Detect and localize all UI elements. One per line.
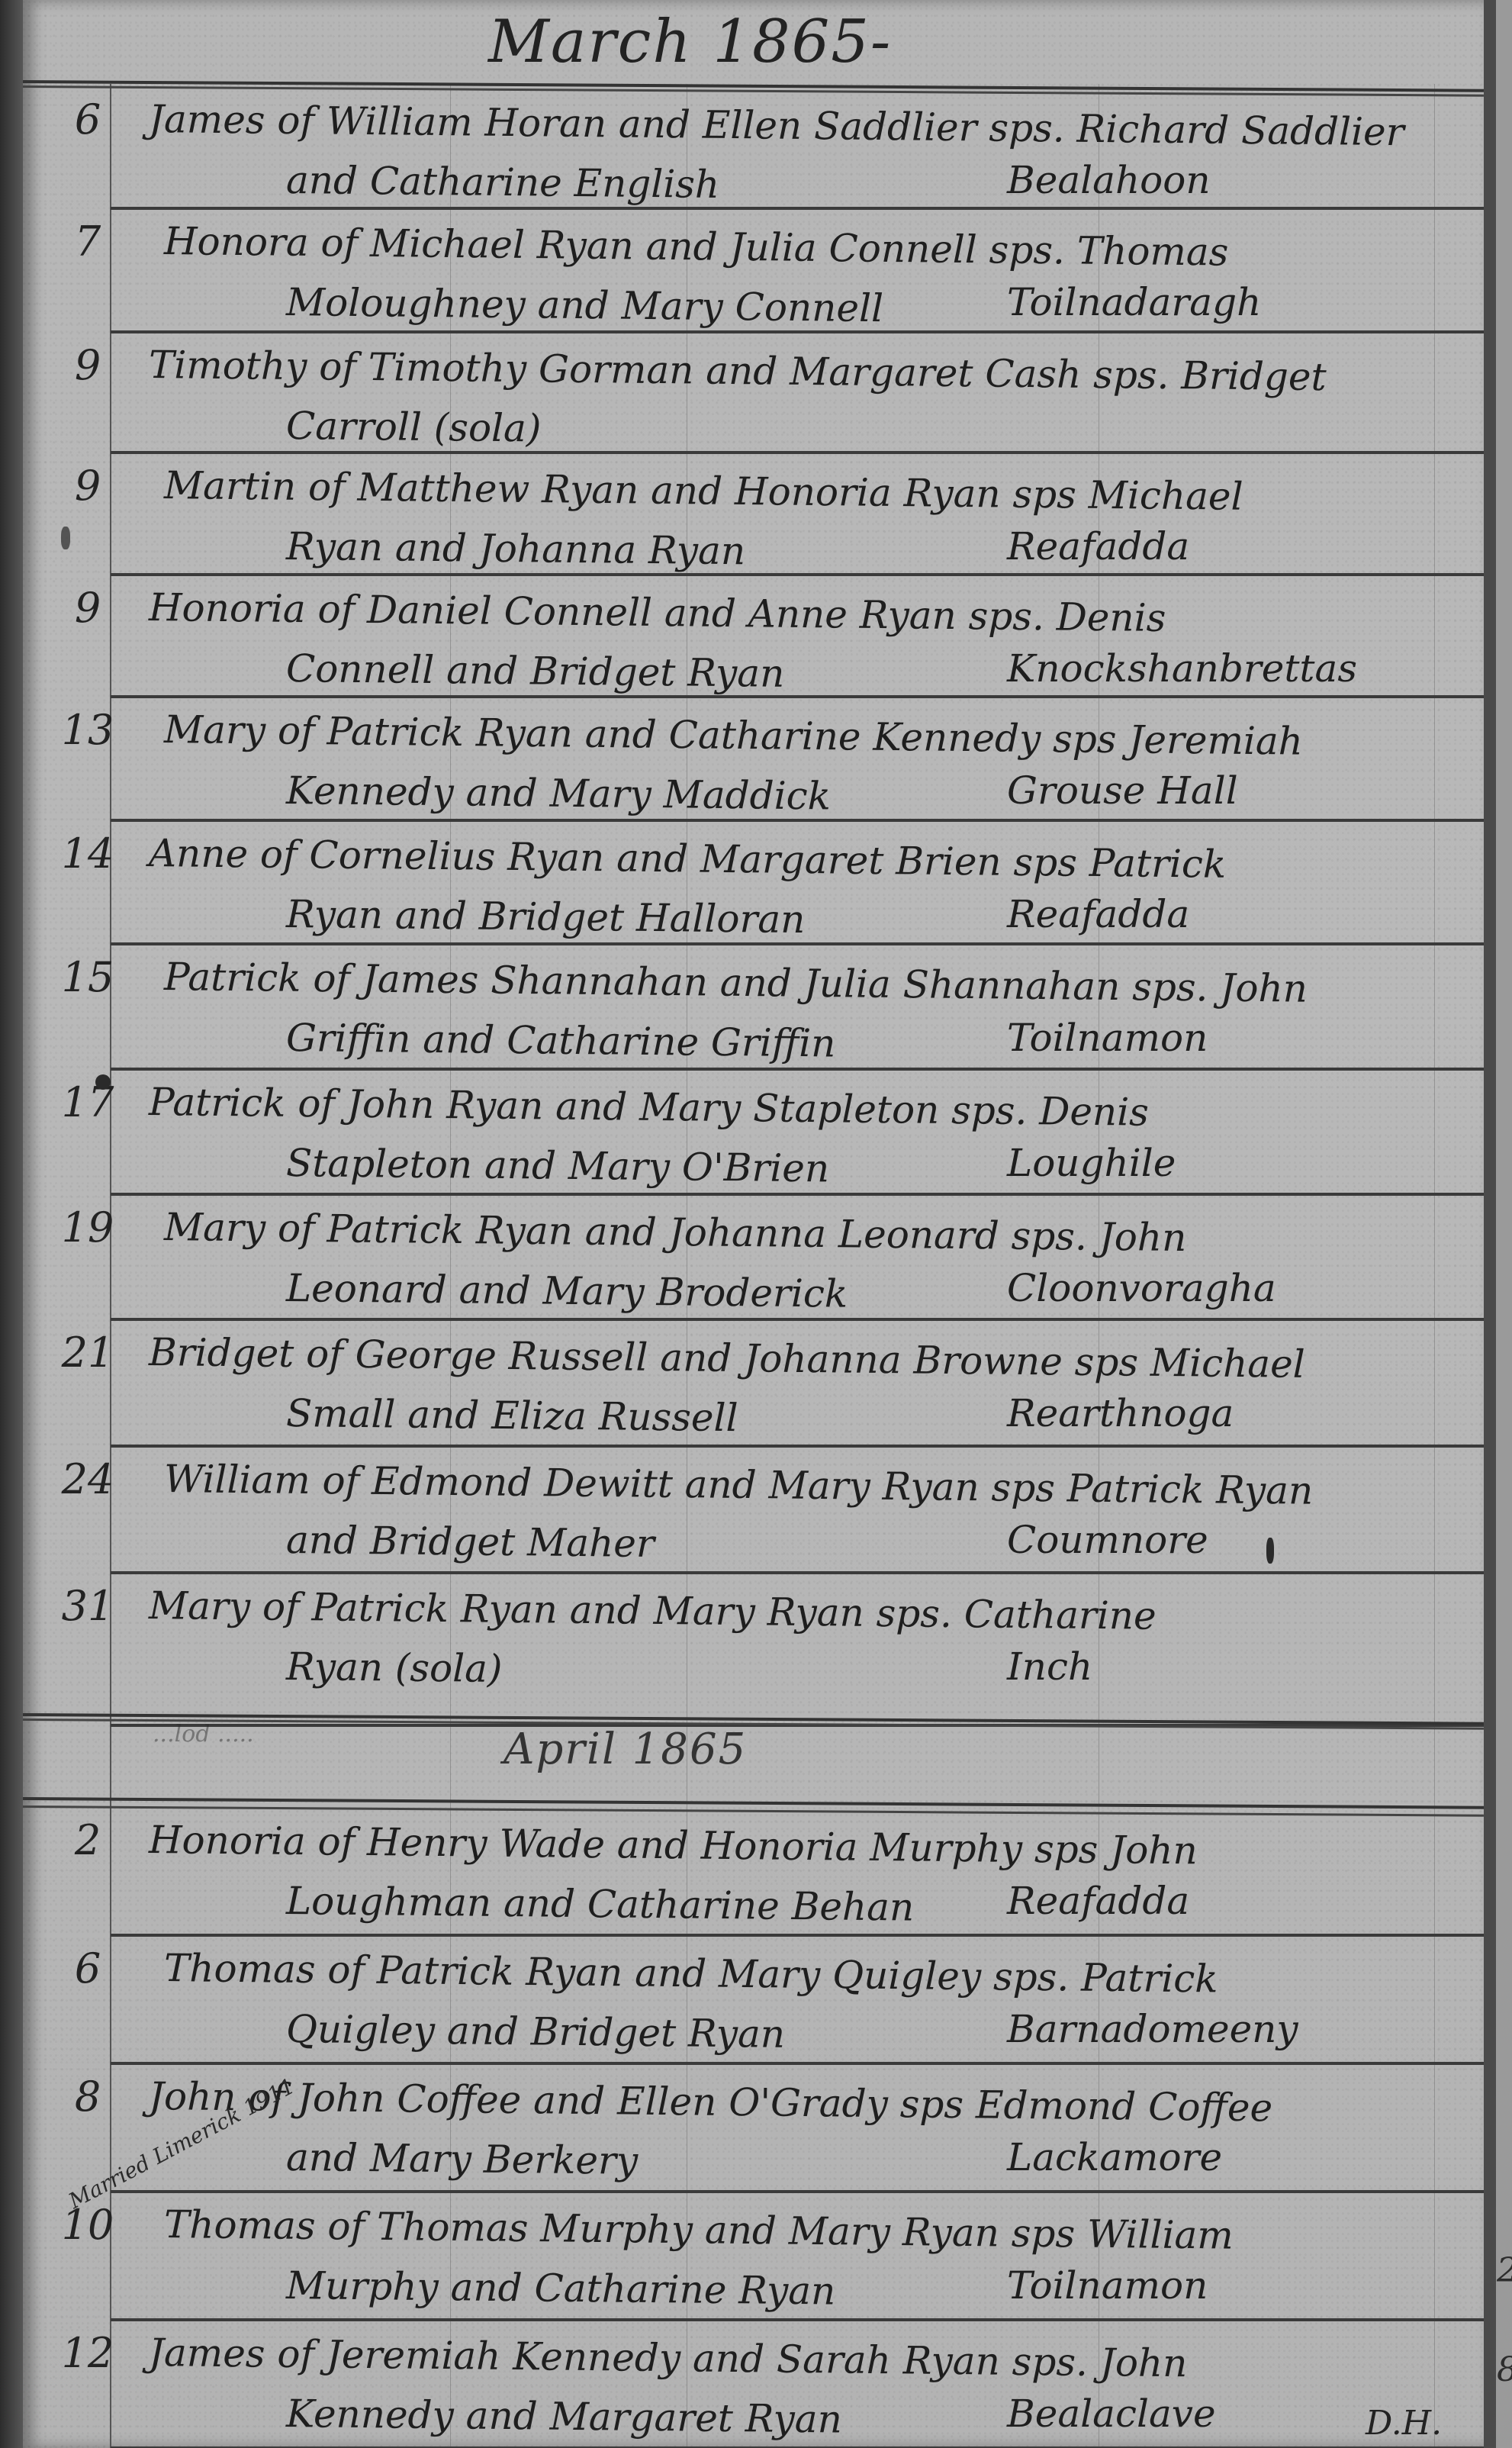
- entry-sponsors-continued: Murphy and Catharine Ryan: [286, 2263, 836, 2314]
- entry-residence: Knockshanbrettas: [1007, 646, 1357, 691]
- clerk-initials: D.H.: [1366, 2404, 1442, 2443]
- entry-child-parents-sponsors: Thomas of Thomas Murphy and Mary Ryan sp…: [164, 2202, 1234, 2258]
- entry-child-parents-sponsors: Patrick of John Ryan and Mary Stapleton …: [149, 1080, 1149, 1135]
- entry-child-parents-sponsors: Mary of Patrick Ryan and Mary Ryan sps. …: [149, 1583, 1157, 1638]
- entry-child-parents-sponsors: Honora of Michael Ryan and Julia Connell…: [164, 219, 1229, 275]
- register-entry: 7Honora of Michael Ryan and Julia Connel…: [23, 210, 1484, 333]
- register-entry: 9Martin of Matthew Ryan and Honoria Ryan…: [23, 454, 1484, 576]
- entry-child-parents-sponsors: John of John Coffee and Ellen O'Grady sp…: [149, 2074, 1273, 2130]
- entry-child-parents-sponsors: Mary of Patrick Ryan and Catharine Kenne…: [164, 707, 1304, 764]
- entry-child-parents-sponsors: Honoria of Daniel Connell and Anne Ryan …: [149, 585, 1166, 640]
- entry-sponsors-continued: Connell and Bridget Ryan: [286, 646, 785, 696]
- entry-sponsors-continued: and Bridget Maher: [286, 1518, 655, 1566]
- entry-child-parents-sponsors: Mary of Patrick Ryan and Johanna Leonard…: [164, 1205, 1187, 1260]
- entry-day: 19: [61, 1203, 114, 1251]
- entry-day: 12: [61, 2329, 114, 2377]
- register-entry: 13Mary of Patrick Ryan and Catharine Ken…: [23, 698, 1484, 822]
- entry-sponsors-continued: Kennedy and Mary Maddick: [286, 768, 832, 818]
- book-binding-right: [1484, 0, 1512, 2448]
- entry-residence: Bealahoon: [1007, 158, 1211, 202]
- entry-sponsors-continued: and Mary Berkery: [286, 2135, 639, 2183]
- register-entry: 15Patrick of James Shannahan and Julia S…: [23, 945, 1484, 1071]
- entry-residence: Reafadda: [1007, 892, 1189, 936]
- entry-sponsors-continued: Stapleton and Mary O'Brien: [286, 1141, 830, 1190]
- entry-child-parents-sponsors: Bridget of George Russell and Johanna Br…: [149, 1330, 1305, 1387]
- month-heading-march: March 1865-: [488, 8, 892, 76]
- entry-day: 21: [61, 1329, 114, 1377]
- entry-day: 14: [61, 829, 114, 878]
- entry-residence: Bealaclave: [1007, 2392, 1216, 2436]
- entry-sponsors-continued: Moloughney and Mary Connell: [286, 280, 884, 330]
- entry-day: 15: [61, 953, 114, 1001]
- faint-erased-text: ...lod .....: [153, 1721, 254, 1747]
- entry-day: 24: [61, 1455, 114, 1503]
- register-entry: 24William of Edmond Dewitt and Mary Ryan…: [23, 1448, 1484, 1574]
- entry-sponsors-continued: Carroll (sola): [286, 404, 542, 450]
- register-entry: 9Timothy of Timothy Gorman and Margaret …: [23, 333, 1484, 454]
- entry-day: 10: [61, 2201, 114, 2249]
- register-entry: 12James of Jeremiah Kennedy and Sarah Ry…: [23, 2321, 1484, 2448]
- entry-child-parents-sponsors: Thomas of Patrick Ryan and Mary Quigley …: [164, 1946, 1218, 2001]
- entry-sponsors-continued: Loughman and Catharine Behan: [286, 1879, 915, 1930]
- register-entry: 6James of William Horan and Ellen Saddli…: [23, 88, 1484, 210]
- entry-residence: Coumnore: [1007, 1518, 1208, 1562]
- entry-sponsors-continued: Ryan and Bridget Halloran: [286, 892, 806, 942]
- entry-sponsors-continued: and Catharine English: [286, 158, 720, 207]
- register-entry: 19Mary of Patrick Ryan and Johanna Leona…: [23, 1196, 1484, 1321]
- entry-day: 13: [61, 706, 114, 754]
- entry-child-parents-sponsors: Martin of Matthew Ryan and Honoria Ryan …: [164, 463, 1243, 519]
- register-entry: 17Patrick of John Ryan and Mary Stapleto…: [23, 1071, 1484, 1196]
- facing-page-fragment: 8: [1497, 2350, 1512, 2389]
- entry-child-parents-sponsors: Patrick of James Shannahan and Julia Sha…: [164, 955, 1308, 1011]
- entry-day: 2: [61, 1816, 114, 1864]
- entry-child-parents-sponsors: William of Edmond Dewitt and Mary Ryan s…: [164, 1457, 1314, 1513]
- entry-day: 6: [61, 1944, 114, 1992]
- entry-day: 9: [61, 341, 114, 389]
- entry-day: 8: [61, 2073, 114, 2121]
- entry-residence: Lackamore: [1007, 2135, 1222, 2179]
- register-entry: 8John of John Coffee and Ellen O'Grady s…: [23, 2065, 1484, 2193]
- entry-residence: Loughile: [1007, 1141, 1176, 1185]
- entry-residence: Toilnadaragh: [1007, 280, 1261, 324]
- entry-child-parents-sponsors: James of Jeremiah Kennedy and Sarah Ryan…: [149, 2330, 1188, 2385]
- entry-residence: Rearthnoga: [1007, 1391, 1234, 1435]
- month-heading-april: April 1865: [503, 1725, 747, 1774]
- book-binding-left: [0, 0, 24, 2448]
- register-entry: 6Thomas of Patrick Ryan and Mary Quigley…: [23, 1937, 1484, 2065]
- entry-sponsors-continued: Ryan and Johanna Ryan: [286, 524, 746, 573]
- entry-sponsors-continued: Ryan (sola): [286, 1644, 503, 1691]
- entry-child-parents-sponsors: James of William Horan and Ellen Saddlie…: [149, 97, 1404, 154]
- entry-residence: Toilnamon: [1007, 1016, 1208, 1060]
- entry-day: 9: [61, 584, 114, 632]
- entry-residence: Reafadda: [1007, 524, 1189, 569]
- entry-day: 31: [61, 1582, 114, 1630]
- ink-blot: [61, 527, 70, 549]
- entry-residence: Barnadomeeny: [1007, 2007, 1298, 2051]
- entry-residence: Reafadda: [1007, 1879, 1189, 1923]
- entry-residence: Grouse Hall: [1007, 768, 1238, 813]
- entry-day: 9: [61, 462, 114, 510]
- entry-sponsors-continued: Kennedy and Margaret Ryan: [286, 2392, 842, 2442]
- entry-day: 7: [61, 217, 114, 266]
- register-entry: 10Thomas of Thomas Murphy and Mary Ryan …: [23, 2193, 1484, 2321]
- entry-residence: Toilnamon: [1007, 2263, 1208, 2308]
- entry-child-parents-sponsors: Honoria of Henry Wade and Honoria Murphy…: [149, 1818, 1198, 1873]
- entry-residence: Inch: [1007, 1644, 1092, 1689]
- entry-residence: Cloonvoragha: [1007, 1266, 1276, 1310]
- entry-day: 6: [61, 95, 114, 143]
- register-entry: 14Anne of Cornelius Ryan and Margaret Br…: [23, 822, 1484, 945]
- entry-child-parents-sponsors: Anne of Cornelius Ryan and Margaret Brie…: [149, 831, 1227, 887]
- entry-sponsors-continued: Quigley and Bridget Ryan: [286, 2007, 786, 2057]
- register-entry: 9Honoria of Daniel Connell and Anne Ryan…: [23, 576, 1484, 698]
- ink-blot: [1266, 1538, 1274, 1564]
- entry-sponsors-continued: Griffin and Catharine Griffin: [286, 1016, 836, 1066]
- entry-sponsors-continued: Leonard and Mary Broderick: [286, 1266, 848, 1316]
- facing-page-fragment: 2: [1497, 2251, 1512, 2290]
- entry-sponsors-continued: Small and Eliza Russell: [286, 1391, 738, 1440]
- entry-child-parents-sponsors: Timothy of Timothy Gorman and Margaret C…: [149, 343, 1327, 399]
- ink-blot: [95, 1074, 111, 1090]
- register-entry: 21Bridget of George Russell and Johanna …: [23, 1321, 1484, 1448]
- register-entry: 31Mary of Patrick Ryan and Mary Ryan sps…: [23, 1574, 1484, 1727]
- register-entry: 2Honoria of Henry Wade and Honoria Murph…: [23, 1809, 1484, 1937]
